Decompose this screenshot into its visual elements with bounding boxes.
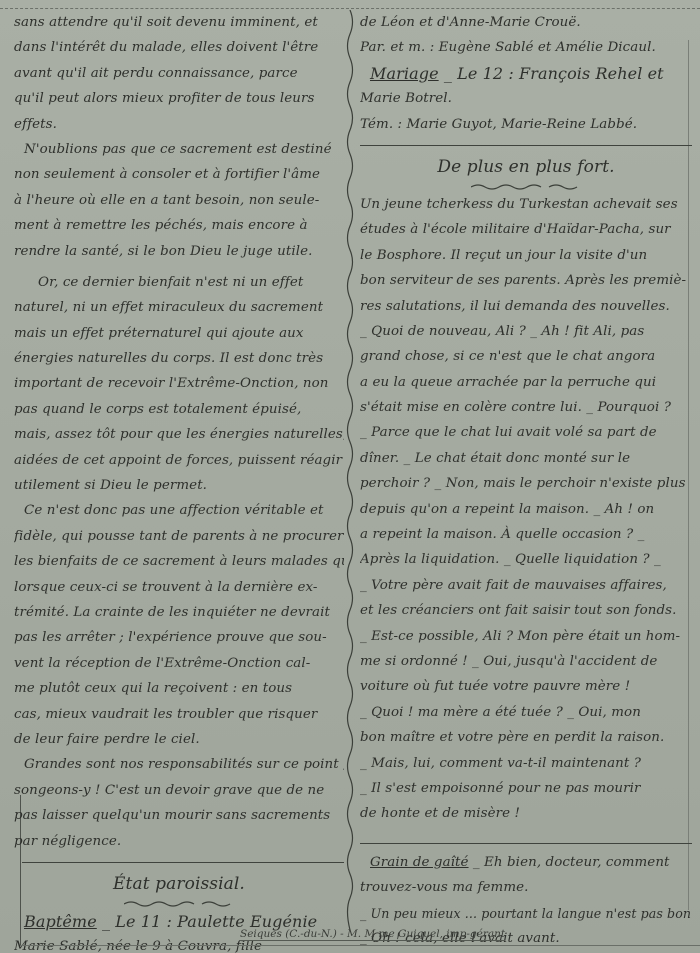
heading-squiggle-ornament	[124, 899, 234, 909]
text-line: cas, mieux vaudrait les troubler que ris…	[14, 702, 344, 727]
mariage-label: Mariage	[370, 64, 439, 83]
text-line: de leur faire perdre le ciel.	[14, 727, 344, 752]
text-line: naturel, ni un effet miraculeux du sacre…	[14, 295, 344, 320]
paragraph-extreme-onction-timing: sans attendre qu'il soit devenu imminent…	[14, 10, 344, 137]
text-line: _ Parce que le chat lui avait volé sa pa…	[360, 420, 692, 445]
mariage-text: _ Le 12 : François Rehel et	[439, 64, 664, 83]
text-line: études à l'école militaire d'Haïdar-Pach…	[360, 217, 692, 242]
text-line: avant qu'il ait perdu connaissance, parc…	[14, 61, 344, 86]
text-line: trouvez-vous ma femme.	[360, 875, 692, 900]
bapteme-continuation: de Léon et d'Anne-Marie Crouë. Par. et m…	[360, 10, 692, 61]
text-line: depuis qu'on a repeint la maison. _ Ah !…	[360, 497, 692, 522]
text-line: _ Un peu mieux ... pourtant la langue n'…	[360, 901, 692, 926]
text-line: par négligence.	[14, 829, 344, 854]
bottom-rule	[20, 945, 700, 946]
grain-de-gaite-line: Grain de gaîté _ Eh bien, docteur, comme…	[360, 850, 692, 875]
wavy-column-divider	[343, 10, 357, 930]
text-line: rendre la santé, si le bon Dieu le juge …	[14, 239, 344, 264]
text-line: fidèle, qui pousse tant de parents à ne …	[14, 524, 344, 549]
text-line: voiture où fut tuée votre pauvre mère !	[360, 674, 692, 699]
story-heading: De plus en plus fort.	[360, 152, 692, 182]
section-rule	[360, 145, 692, 146]
text-line: _ Quoi de nouveau, Ali ? _ Ah ! fit Ali,…	[360, 319, 692, 344]
text-line: qu'il peut alors mieux profiter de tous …	[14, 86, 344, 111]
text-line: pas les arrêter ; l'expérience prouve qu…	[14, 625, 344, 650]
text-line: Ce n'est donc pas une affection véritabl…	[14, 498, 344, 523]
text-line: Marie Botrel.	[360, 86, 692, 111]
text-line: sans attendre qu'il soit devenu imminent…	[14, 10, 344, 35]
text-line: Par. et m. : Eugène Sablé et Amélie Dica…	[360, 35, 692, 60]
text-line: et les créanciers ont fait saisir tout s…	[360, 598, 692, 623]
text-line: _ Mais, lui, comment va-t-il maintenant …	[360, 751, 692, 776]
text-line: de Léon et d'Anne-Marie Crouë.	[360, 10, 692, 35]
text-line: effets.	[14, 112, 344, 137]
text-line: Or, ce dernier bienfait n'est ni un effe…	[14, 270, 344, 295]
text-line: important de recevoir l'Extrême-Onction,…	[14, 371, 344, 396]
heading-squiggle-ornament	[471, 182, 581, 192]
paragraph-bienfait-preternaturel: Or, ce dernier bienfait n'est ni un effe…	[14, 270, 344, 499]
grain-de-gaite-label: Grain de gaîté	[370, 855, 469, 870]
text-line: Un jeune tcherkess du Turkestan achevait…	[360, 192, 692, 217]
text-line: énergies naturelles du corps. Il est don…	[14, 346, 344, 371]
section-rule	[22, 862, 344, 863]
text-line: _ Il s'est empoisonné pour ne pas mourir	[360, 776, 692, 801]
text-line: bon maître et votre père en perdit la ra…	[360, 725, 692, 750]
text-line: dans l'intérêt du malade, elles doivent …	[14, 35, 344, 60]
text-line: Grandes sont nos responsabilités sur ce …	[14, 752, 344, 777]
right-column: de Léon et d'Anne-Marie Crouë. Par. et m…	[360, 10, 692, 951]
text-line: mais, assez tôt pour que les énergies na…	[14, 422, 344, 447]
mariage-line: Mariage _ Le 12 : François Rehel et	[360, 61, 692, 86]
text-line: pas laisser quelqu'un mourir sans sacrem…	[14, 803, 344, 828]
text-line: N'oublions pas que ce sacrement est dest…	[14, 137, 344, 162]
text-line: a eu la queue arrachée par la perruche q…	[360, 370, 692, 395]
text-line: trémité. La crainte de les inquiéter ne …	[14, 600, 344, 625]
text-line: s'était mise en colère contre lui. _ Pou…	[360, 395, 692, 420]
text-line: bon serviteur de ses parents. Après les …	[360, 268, 692, 293]
text-line: a repeint la maison. À quelle occasion ?…	[360, 522, 692, 547]
bulletin-page: sans attendre qu'il soit devenu imminent…	[0, 0, 700, 953]
top-dashed-rule	[0, 8, 700, 9]
text-line: _ Votre père avait fait de mauvaises aff…	[360, 573, 692, 598]
paragraph-responsabilites: Grandes sont nos responsabilités sur ce …	[14, 752, 344, 854]
paragraph-affection-veritable: Ce n'est donc pas une affection véritabl…	[14, 498, 344, 752]
text-line: mais un effet préternaturel qui ajoute a…	[14, 321, 344, 346]
text-line: Tém. : Marie Guyot, Marie-Reine Labbé.	[360, 112, 692, 137]
paragraph-sacrement-destine: N'oublions pas que ce sacrement est dest…	[14, 137, 344, 264]
text-line: _ Quoi ! ma mère a été tuée ? _ Oui, mon	[360, 700, 692, 725]
text-line: grand chose, si ce n'est que le chat ang…	[360, 344, 692, 369]
text-line: pas quand le corps est totalement épuisé…	[14, 397, 344, 422]
text-line: res salutations, il lui demanda des nouv…	[360, 294, 692, 319]
text-line: aidées de cet appoint de forces, puissen…	[14, 448, 344, 473]
text-line: de honte et de misère !	[360, 801, 692, 826]
text-line: lorsque ceux-ci se trouvent à la dernièr…	[14, 575, 344, 600]
mariage-entry: Mariage _ Le 12 : François Rehel et Mari…	[360, 61, 692, 137]
text-line: à l'heure où elle en a tant besoin, non …	[14, 188, 344, 213]
text-line: _ Est-ce possible, Ali ? Mon père était …	[360, 624, 692, 649]
text-line: le Bosphore. Il reçut un jour la visite …	[360, 243, 692, 268]
printer-imprint: Seiques (C.-du-N.) - M. M me Guiquel, im…	[240, 928, 505, 941]
grain-de-gaite-text: _ Eh bien, docteur, comment	[469, 855, 670, 870]
text-line: me plutôt ceux qui la reçoivent : en tou…	[14, 676, 344, 701]
left-column: sans attendre qu'il soit devenu imminent…	[14, 10, 344, 953]
text-line: vent la réception de l'Extrême-Onction c…	[14, 651, 344, 676]
bapteme-label: Baptême	[24, 912, 97, 931]
text-line: les bienfaits de ce sacrement à leurs ma…	[14, 549, 344, 574]
text-line: Après la liquidation. _ Quelle liquidati…	[360, 547, 692, 572]
etat-paroissial-heading: État paroissial.	[14, 869, 344, 899]
text-line: dîner. _ Le chat était donc monté sur le	[360, 446, 692, 471]
section-rule	[360, 843, 692, 844]
text-line: me si ordonné ! _ Oui, jusqu'à l'acciden…	[360, 649, 692, 674]
text-line: utilement si Dieu le permet.	[14, 473, 344, 498]
text-line: non seulement à consoler et à fortifier …	[14, 162, 344, 187]
text-line: ment à remettre les péchés, mais encore …	[14, 213, 344, 238]
text-line: songeons-y ! C'est un devoir grave que d…	[14, 778, 344, 803]
story-section: De plus en plus fort. Un jeune tcherkess…	[360, 152, 692, 827]
text-line: perchoir ? _ Non, mais le perchoir n'exi…	[360, 471, 692, 496]
